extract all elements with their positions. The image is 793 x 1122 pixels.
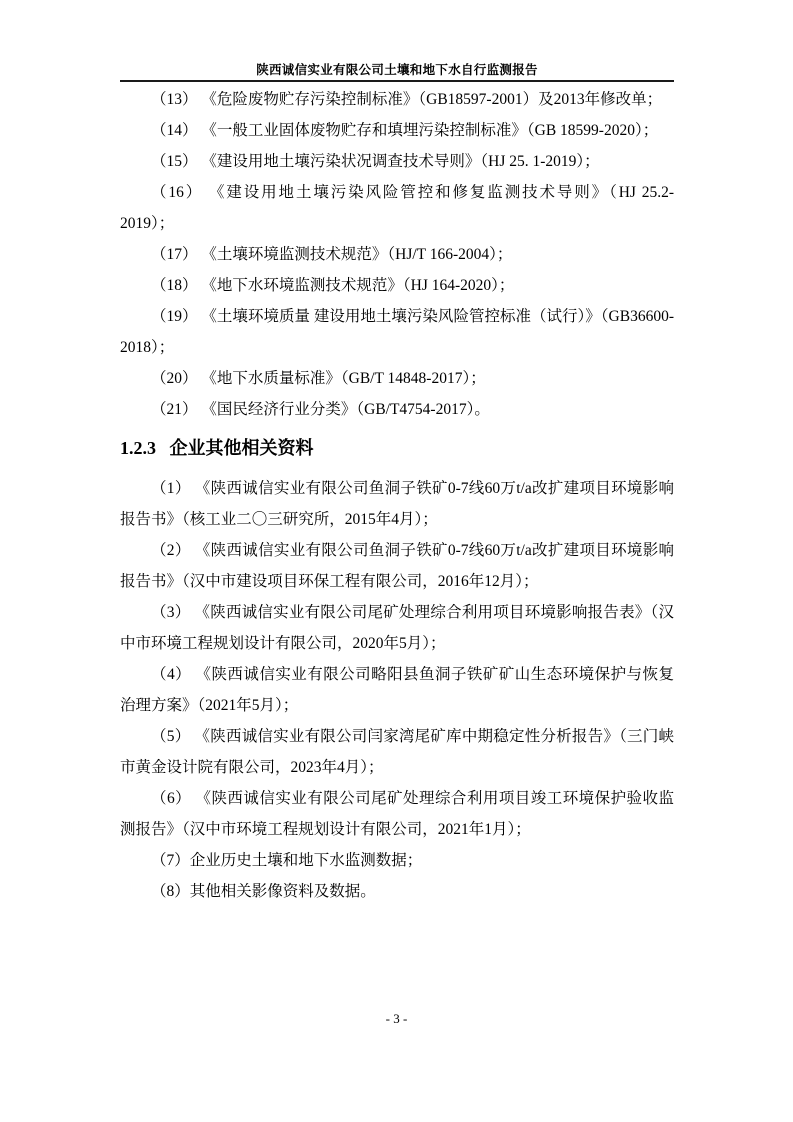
page-header-title: 陕西诚信实业有限公司土壤和地下水自行监测报告 <box>120 62 674 79</box>
section-title: 企业其他相关资料 <box>170 438 314 458</box>
report-item: （1） 《陕西诚信实业有限公司鱼洞子铁矿0-7线60万t/a改扩建项目环境影响报… <box>120 473 674 535</box>
reference-item: （18） 《地下水环境监测技术规范》（HJ 164-2020）； <box>120 270 674 301</box>
report-item: （4） 《陕西诚信实业有限公司略阳县鱼洞子铁矿矿山生态环境保护与恢复治理方案》（… <box>120 659 674 721</box>
reference-item: （15） 《建设用地土壤污染状况调查技术导则》（HJ 25. 1-2019）； <box>120 146 674 177</box>
section-heading: 1.2.3 企业其他相关资料 <box>120 433 674 464</box>
section-number: 1.2.3 <box>120 438 156 458</box>
reference-item: （13） 《危险废物贮存污染控制标准》（GB18597-2001）及2013年修… <box>120 84 674 115</box>
report-item: （2） 《陕西诚信实业有限公司鱼洞子铁矿0-7线60万t/a改扩建项目环境影响报… <box>120 535 674 597</box>
header-rule <box>120 80 674 82</box>
reference-item: （21） 《国民经济行业分类》（GB/T4754-2017）。 <box>120 394 674 425</box>
reference-item: （20） 《地下水质量标准》（GB/T 14848-2017）； <box>120 363 674 394</box>
reference-item: （19） 《土壤环境质量 建设用地土壤污染风险管控标准（试行）》（GB36600… <box>120 301 674 363</box>
report-item: （7）企业历史土壤和地下水监测数据； <box>120 845 674 876</box>
reference-item: （14） 《一般工业固体废物贮存和填埋污染控制标准》（GB 18599-2020… <box>120 115 674 146</box>
page-number: - 3 - <box>0 1010 793 1027</box>
report-item: （6） 《陕西诚信实业有限公司尾矿处理综合利用项目竣工环境保护验收监测报告》（汉… <box>120 783 674 845</box>
document-body: （13） 《危险废物贮存污染控制标准》（GB18597-2001）及2013年修… <box>120 84 674 907</box>
reference-item: （17） 《土壤环境监测技术规范》（HJ/T 166-2004）； <box>120 239 674 270</box>
report-item: （5） 《陕西诚信实业有限公司闫家湾尾矿库中期稳定性分析报告》（三门峡市黄金设计… <box>120 721 674 783</box>
reference-item: （16） 《建设用地土壤污染风险管控和修复监测技术导则》（HJ 25.2- 20… <box>120 177 674 239</box>
report-item: （3） 《陕西诚信实业有限公司尾矿处理综合利用项目环境影响报告表》（汉中市环境工… <box>120 597 674 659</box>
report-item: （8）其他相关影像资料及数据。 <box>120 876 674 907</box>
document-page: 陕西诚信实业有限公司土壤和地下水自行监测报告 （13） 《危险废物贮存污染控制标… <box>0 0 793 1122</box>
